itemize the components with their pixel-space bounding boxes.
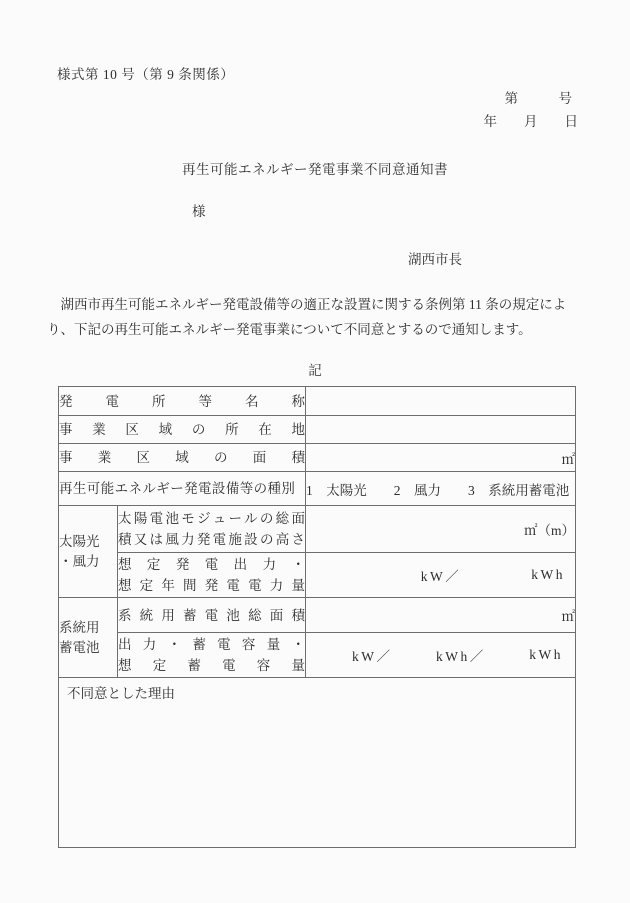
record-marker: 記 xyxy=(0,359,630,379)
notice-table: 発電所等名称 事業区域の所在地 事業区域の面積 ㎡ 再生可能エネルギー発電設備等… xyxy=(58,386,576,848)
output-unit-kwh: kWh xyxy=(531,567,565,583)
output-unit-cell: kW／ kWh xyxy=(306,553,576,598)
capacity-unit-kw: kW／ xyxy=(352,645,393,665)
battery-area-unit-cell: ㎡ xyxy=(306,598,576,633)
equipment-type-options: 1 太陽光 2 風力 3 系統用蓄電池 xyxy=(306,472,576,506)
capacity-unit-kwh2: kWh xyxy=(529,647,563,663)
facility-name-value-cell xyxy=(306,387,576,416)
site-area-unit-cell: ㎡ xyxy=(306,444,576,472)
site-location-value-cell xyxy=(306,416,576,444)
reason-row: 不同意とした理由 xyxy=(59,678,576,848)
output-row: 想定発電出力・ 想定年間発電電力量 kW／ kWh xyxy=(59,553,576,598)
grid-battery-group-label: 系統用 蓄電池 xyxy=(59,598,118,678)
document-number-line: 第 号 xyxy=(505,87,573,107)
capacity-unit-cell: kW／ kWh／ kWh xyxy=(306,633,576,678)
sender-name: 湖西市長 xyxy=(408,248,462,268)
document-title: 再生可能エネルギー発電事業不同意通知書 xyxy=(0,158,630,178)
battery-area-label: 系統用蓄電池総面積 xyxy=(118,598,306,633)
document-page: 様式第 10 号（第 9 条関係） 第 号 年 月 日 再生可能エネルギー発電事… xyxy=(0,0,630,903)
equipment-type-row: 再生可能エネルギー発電設備等の種別 1 太陽光 2 風力 3 系統用蓄電池 xyxy=(59,472,576,506)
battery-area-row: 系統用 蓄電池 系統用蓄電池総面積 ㎡ xyxy=(59,598,576,633)
capacity-row: 出力・蓄電容量・ 想定蓄電容量 kW／ kWh／ kWh xyxy=(59,633,576,678)
form-number: 様式第 10 号（第 9 条関係） xyxy=(57,63,234,83)
capacity-unit-kwh1: kWh／ xyxy=(436,645,486,665)
facility-name-label: 発電所等名称 xyxy=(59,387,306,416)
equipment-type-label: 再生可能エネルギー発電設備等の種別 xyxy=(59,472,306,506)
body-paragraph: 湖西市再生可能エネルギー発電設備等の適正な設置に関する条例第 11 条の規定によ… xyxy=(47,292,579,342)
site-area-row: 事業区域の面積 ㎡ xyxy=(59,444,576,472)
site-area-label: 事業区域の面積 xyxy=(59,444,306,472)
site-location-row: 事業区域の所在地 xyxy=(59,416,576,444)
facility-name-row: 発電所等名称 xyxy=(59,387,576,416)
solar-wind-group-label: 太陽光 ・風力 xyxy=(59,506,118,598)
site-location-label: 事業区域の所在地 xyxy=(59,416,306,444)
module-area-label: 太陽電池モジュールの総面 積又は風力発電施設の高さ xyxy=(118,506,306,553)
date-line: 年 月 日 xyxy=(484,110,579,130)
output-label: 想定発電出力・ 想定年間発電電力量 xyxy=(118,553,306,598)
reason-label: 不同意とした理由 xyxy=(59,678,576,848)
capacity-label: 出力・蓄電容量・ 想定蓄電容量 xyxy=(118,633,306,678)
addressee-honorific: 様 xyxy=(192,200,206,220)
output-unit-kw: kW／ xyxy=(421,565,462,585)
module-area-row: 太陽光 ・風力 太陽電池モジュールの総面 積又は風力発電施設の高さ ㎡（m） xyxy=(59,506,576,553)
module-area-unit-cell: ㎡（m） xyxy=(306,506,576,553)
